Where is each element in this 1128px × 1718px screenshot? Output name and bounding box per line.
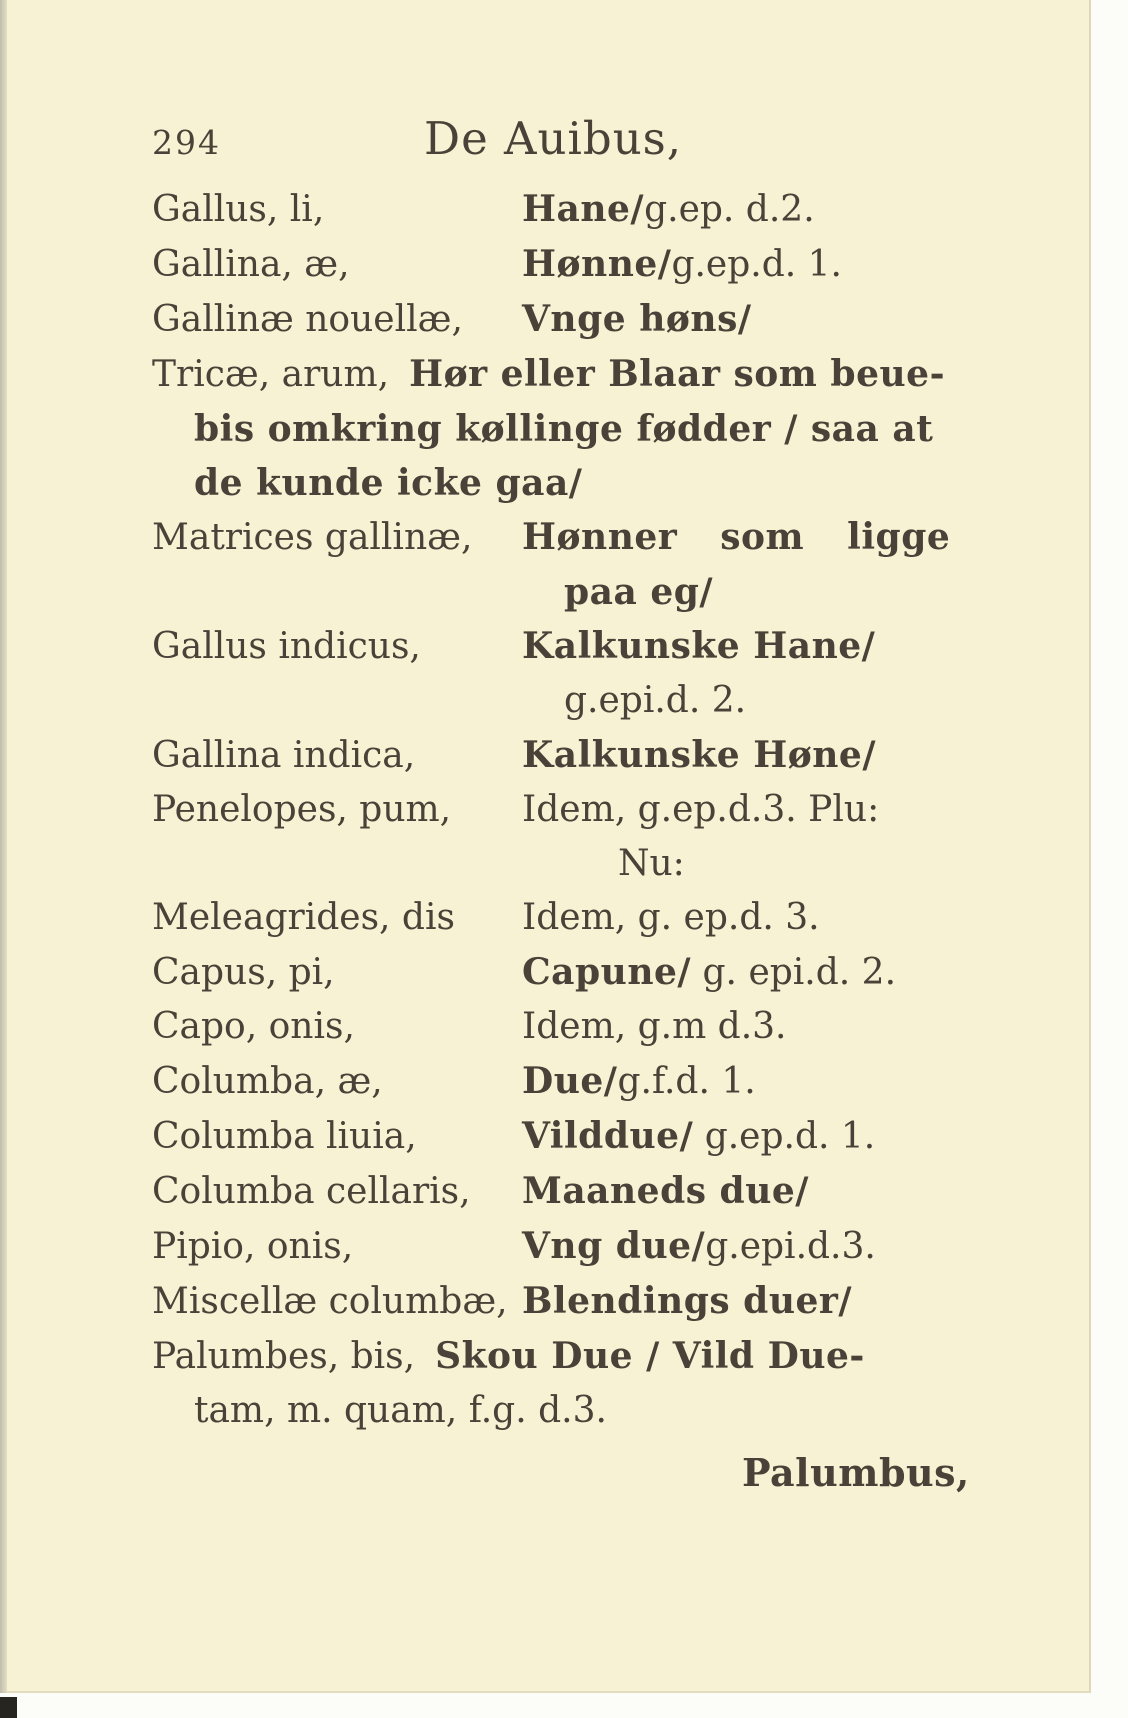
gloss-abbreviation-roman: g.ep. d.2. [644,183,815,237]
page-title: De Auibus, [424,112,682,165]
dictionary-line: Pipio, onis,Vng due/g.epi.d.3. [152,1219,1061,1274]
dictionary-entries: Gallus, li,Hane/g.ep. d.2.Gallina, æ,Høn… [152,182,1061,1438]
latin-term: Gallina, æ, [152,238,522,292]
danish-gloss-blackletter: Hønne/ [522,237,671,291]
dictionary-line: Columba, æ,Due/g.f.d. 1. [152,1054,1061,1109]
dictionary-line: Columba cellaris,Maaneds due/ [152,1164,1061,1219]
dictionary-line: Columba liuia,Vilddue/ g.ep.d. 1. [152,1109,1061,1164]
dictionary-line: tam, m. quam, f.g. d.3. [152,1384,1061,1438]
danish-gloss-blackletter: Blendings duer/ [522,1274,852,1328]
dictionary-line: Tricæ, arum,Hør eller Blaar som beue- [152,347,1061,402]
danish-gloss-blackletter: Hane/ [522,182,644,236]
danish-gloss-blackletter: Capune/ [522,945,691,999]
latin-term: Capus, pi, [152,946,522,1000]
danish-gloss-blackletter: Vng due/ [522,1219,705,1273]
danish-gloss-blackletter: Due/ [522,1054,617,1108]
danish-gloss-blackletter: Skou Due / Vild Due- [435,1329,865,1383]
gloss-abbreviation-roman: Idem, g.ep.d.3. Plu: [522,783,879,837]
latin-term: Gallinæ nouellæ, [152,293,522,347]
dictionary-line: Miscellæ columbæ,Blendings duer/ [152,1274,1061,1329]
gloss-abbreviation-roman: g.f.d. 1. [617,1055,755,1109]
dictionary-line: Meleagrides, disIdem, g. ep.d. 3. [152,891,1061,945]
latin-term: Capo, onis, [152,1000,522,1054]
scan-corner-mark [0,1697,17,1718]
dictionary-line: bis omkring køllinge fødder / saa at [152,402,1061,456]
scan-edge-strip [0,0,7,1693]
gloss-abbreviation-roman: g.ep.d. 1. [693,1110,875,1164]
latin-term: Columba liuia, [152,1110,522,1164]
latin-term: Gallina indica, [152,729,522,783]
dictionary-line: Capo, onis,Idem, g.m d.3. [152,1000,1061,1054]
danish-gloss-blackletter: Kalkunske Høne/ [522,728,876,782]
latin-term: Penelopes, pum, [152,783,522,837]
danish-gloss-blackletter: Hør eller Blaar som beue- [409,347,945,401]
latin-term: tam, m. quam, f.g. d.3. [194,1384,607,1438]
danish-gloss-blackletter: bis omkring køllinge fødder / saa at [194,402,933,456]
danish-gloss-blackletter: de kunde icke gaa/ [194,456,582,510]
gloss-abbreviation-roman: g.epi.d.3. [705,1220,876,1274]
danish-gloss-blackletter: Kalkunske Hane/ [522,619,875,673]
dictionary-line: Palumbes, bis,Skou Due / Vild Due- [152,1329,1061,1384]
dictionary-line: Gallus indicus,Kalkunske Hane/ [152,619,1061,674]
dictionary-line: Nu: [152,837,1061,891]
dictionary-line: Matrices gallinæ,Hønner som ligge [152,510,1061,565]
latin-term: Columba cellaris, [152,1165,522,1219]
gloss-abbreviation-roman: Idem, g. ep.d. 3. [522,891,820,945]
latin-term: Palumbes, bis, [152,1330,415,1384]
danish-gloss-blackletter: paa eg/ [564,565,713,619]
book-page: 294 De Auibus, Gallus, li,Hane/g.ep. d.2… [0,0,1091,1693]
latin-term: Pipio, onis, [152,1220,522,1274]
danish-gloss-blackletter: Hønner som ligge [522,510,950,564]
catchword-row: Palumbus, [152,1446,1061,1500]
gloss-abbreviation-roman: Nu: [618,837,685,891]
scanned-book-page: 294 De Auibus, Gallus, li,Hane/g.ep. d.2… [0,0,1128,1718]
gloss-abbreviation-roman: Idem, g.m d.3. [522,1000,787,1054]
latin-term: Meleagrides, dis [152,891,522,945]
catchword: Palumbus, [742,1450,970,1495]
danish-gloss-blackletter: Vilddue/ [522,1109,693,1163]
dictionary-line: Gallinæ nouellæ,Vnge høns/ [152,292,1061,347]
gloss-abbreviation-roman: g. epi.d. 2. [691,946,896,1000]
latin-term: Matrices gallinæ, [152,511,522,565]
dictionary-line: paa eg/ [152,565,1061,619]
page-head: 294 De Auibus, [152,112,1061,176]
dictionary-line: Gallus, li,Hane/g.ep. d.2. [152,182,1061,237]
danish-gloss-blackletter: Vnge høns/ [522,292,752,346]
latin-term: Gallus, li, [152,183,522,237]
latin-term: Columba, æ, [152,1055,522,1109]
danish-gloss-blackletter: Maaneds due/ [522,1164,809,1218]
latin-term: Tricæ, arum, [152,348,389,402]
gloss-abbreviation-roman: g.epi.d. 2. [564,674,746,728]
latin-term: Gallus indicus, [152,620,522,674]
dictionary-line: Gallina indica,Kalkunske Høne/ [152,728,1061,783]
dictionary-line: g.epi.d. 2. [152,674,1061,728]
latin-term: Miscellæ columbæ, [152,1275,522,1329]
page-number: 294 [152,123,424,162]
dictionary-line: Penelopes, pum,Idem, g.ep.d.3. Plu: [152,783,1061,837]
dictionary-line: Gallina, æ,Hønne/g.ep.d. 1. [152,237,1061,292]
dictionary-line: Capus, pi,Capune/ g. epi.d. 2. [152,945,1061,1000]
dictionary-line: de kunde icke gaa/ [152,456,1061,510]
gloss-abbreviation-roman: g.ep.d. 1. [671,238,842,292]
